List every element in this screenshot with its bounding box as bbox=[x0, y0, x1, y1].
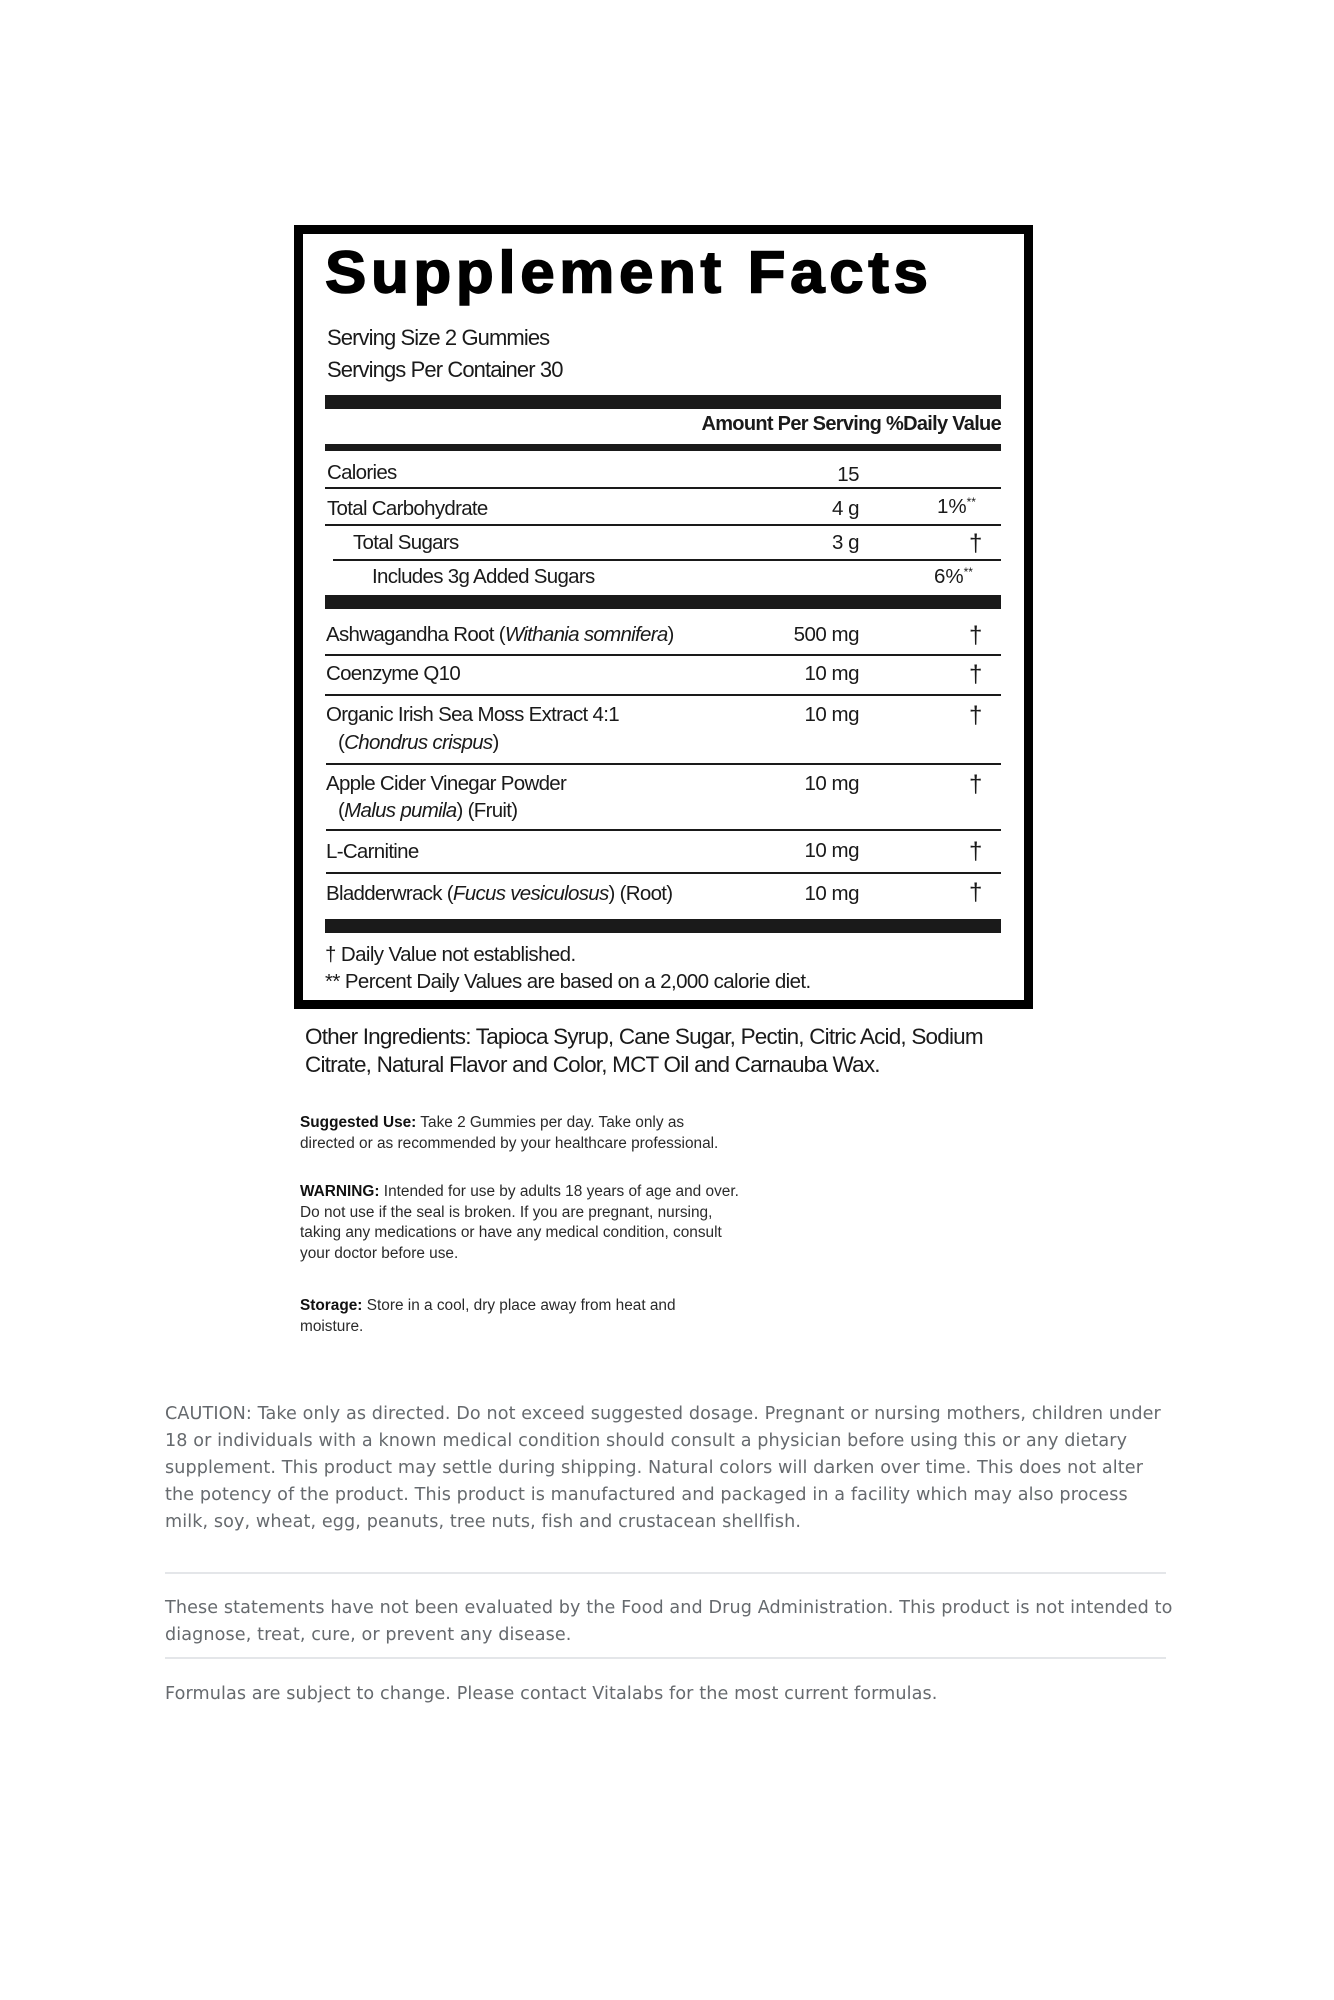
footnote-dagger: † Daily Value not established. bbox=[325, 943, 576, 967]
row-divider bbox=[325, 524, 1001, 526]
ingredient-suffix: ) (Fruit) bbox=[457, 799, 518, 822]
thick-divider bbox=[325, 395, 1001, 409]
ingredient-latin-name: Withania somnifera bbox=[505, 623, 668, 646]
column-header: Amount Per Serving %Daily Value bbox=[701, 413, 1001, 436]
nutrient-amount: 3 g bbox=[832, 531, 859, 555]
ingredient-amount: 10 mg bbox=[805, 839, 859, 863]
dagger-icon: † bbox=[969, 881, 982, 905]
paren: ) bbox=[492, 731, 498, 754]
ingredient-latin-line: (Chondrus crispus) bbox=[338, 731, 499, 755]
other-ingredients: Other Ingredients: Tapioca Syrup, Cane S… bbox=[305, 1023, 1025, 1079]
dagger-icon: † bbox=[969, 773, 982, 797]
ingredient-amount: 10 mg bbox=[805, 772, 859, 796]
ingredient-name: Ashwagandha Root (Withania somnifera) bbox=[326, 623, 674, 647]
formulas-notice: Formulas are subject to change. Please c… bbox=[165, 1681, 1175, 1708]
panel-title: Supplement Facts bbox=[325, 244, 933, 303]
servings-per-container: Servings Per Container 30 bbox=[327, 358, 563, 382]
medium-divider bbox=[325, 444, 1001, 451]
nutrient-dv: 1%** bbox=[937, 495, 976, 519]
row-divider bbox=[333, 559, 1001, 561]
ingredient-suffix: ) (Root) bbox=[609, 882, 673, 905]
ingredient-latin-line: (Malus pumila) (Fruit) bbox=[338, 799, 517, 823]
ingredient-suffix: ) bbox=[668, 623, 674, 646]
dv-value: 1% bbox=[937, 495, 967, 518]
nutrient-name: Includes 3g Added Sugars bbox=[372, 565, 595, 589]
suggested-use: Suggested Use: Take 2 Gummies per day. T… bbox=[300, 1113, 740, 1154]
ingredient-amount: 10 mg bbox=[805, 882, 859, 906]
row-divider bbox=[325, 487, 1001, 489]
thick-divider bbox=[325, 595, 1001, 609]
other-ingredients-line: Citrate, Natural Flavor and Color, MCT O… bbox=[305, 1051, 1025, 1079]
nutrient-name: Calories bbox=[327, 461, 397, 485]
caution-text: CAUTION: Take only as directed. Do not e… bbox=[165, 1401, 1175, 1536]
nutrient-name: Total Sugars bbox=[353, 531, 459, 555]
ingredient-amount: 500 mg bbox=[794, 623, 859, 647]
ingredient-amount: 10 mg bbox=[805, 703, 859, 727]
ingredient-name: Organic Irish Sea Moss Extract 4:1 bbox=[326, 703, 619, 727]
divider bbox=[165, 1572, 1166, 1574]
serving-size: Serving Size 2 Gummies bbox=[327, 326, 549, 350]
row-divider bbox=[326, 829, 1001, 831]
storage: Storage: Store in a cool, dry place away… bbox=[300, 1296, 740, 1337]
ingredient-name: Apple Cider Vinegar Powder bbox=[326, 772, 566, 796]
ingredient-latin-name: Fucus vesiculosus bbox=[453, 882, 609, 905]
dv-footnote-mark: ** bbox=[967, 495, 976, 509]
dagger-icon: † bbox=[969, 532, 982, 556]
dagger-icon: † bbox=[969, 840, 982, 864]
nutrient-amount: 4 g bbox=[832, 497, 859, 521]
dagger-icon: † bbox=[969, 624, 982, 648]
ingredient-name: Bladderwrack (Fucus vesiculosus) (Root) bbox=[326, 882, 672, 906]
ingredient-latin-name: Malus pumila bbox=[344, 799, 456, 822]
ingredient-common-name: Bladderwrack ( bbox=[326, 882, 453, 905]
warning: WARNING: Intended for use by adults 18 y… bbox=[300, 1182, 740, 1264]
nutrient-dv: 6%** bbox=[934, 565, 973, 589]
fda-disclaimer: These statements have not been evaluated… bbox=[165, 1595, 1175, 1649]
ingredient-latin-name: Chondrus crispus bbox=[344, 731, 492, 754]
row-divider bbox=[325, 654, 1001, 656]
dv-footnote-mark: ** bbox=[964, 565, 973, 579]
nutrient-name: Total Carbohydrate bbox=[327, 497, 488, 521]
row-divider bbox=[325, 694, 1001, 696]
other-ingredients-line: Other Ingredients: Tapioca Syrup, Cane S… bbox=[305, 1023, 1025, 1051]
storage-label: Storage: bbox=[300, 1297, 362, 1314]
ingredient-amount: 10 mg bbox=[805, 662, 859, 686]
suggested-use-label: Suggested Use: bbox=[300, 1114, 416, 1131]
row-divider bbox=[326, 872, 1001, 874]
footnote-daily-values: ** Percent Daily Values are based on a 2… bbox=[325, 970, 811, 994]
divider bbox=[165, 1657, 1166, 1659]
thick-divider bbox=[325, 919, 1001, 933]
nutrient-amount: 15 bbox=[837, 463, 859, 487]
dagger-icon: † bbox=[969, 704, 982, 728]
dv-value: 6% bbox=[934, 565, 964, 588]
ingredient-common-name: Ashwagandha Root ( bbox=[326, 623, 505, 646]
row-divider bbox=[326, 763, 1001, 765]
warning-label: WARNING: bbox=[300, 1183, 380, 1200]
dagger-icon: † bbox=[969, 663, 982, 687]
ingredient-name: L-Carnitine bbox=[326, 840, 419, 864]
ingredient-name: Coenzyme Q10 bbox=[326, 662, 460, 686]
